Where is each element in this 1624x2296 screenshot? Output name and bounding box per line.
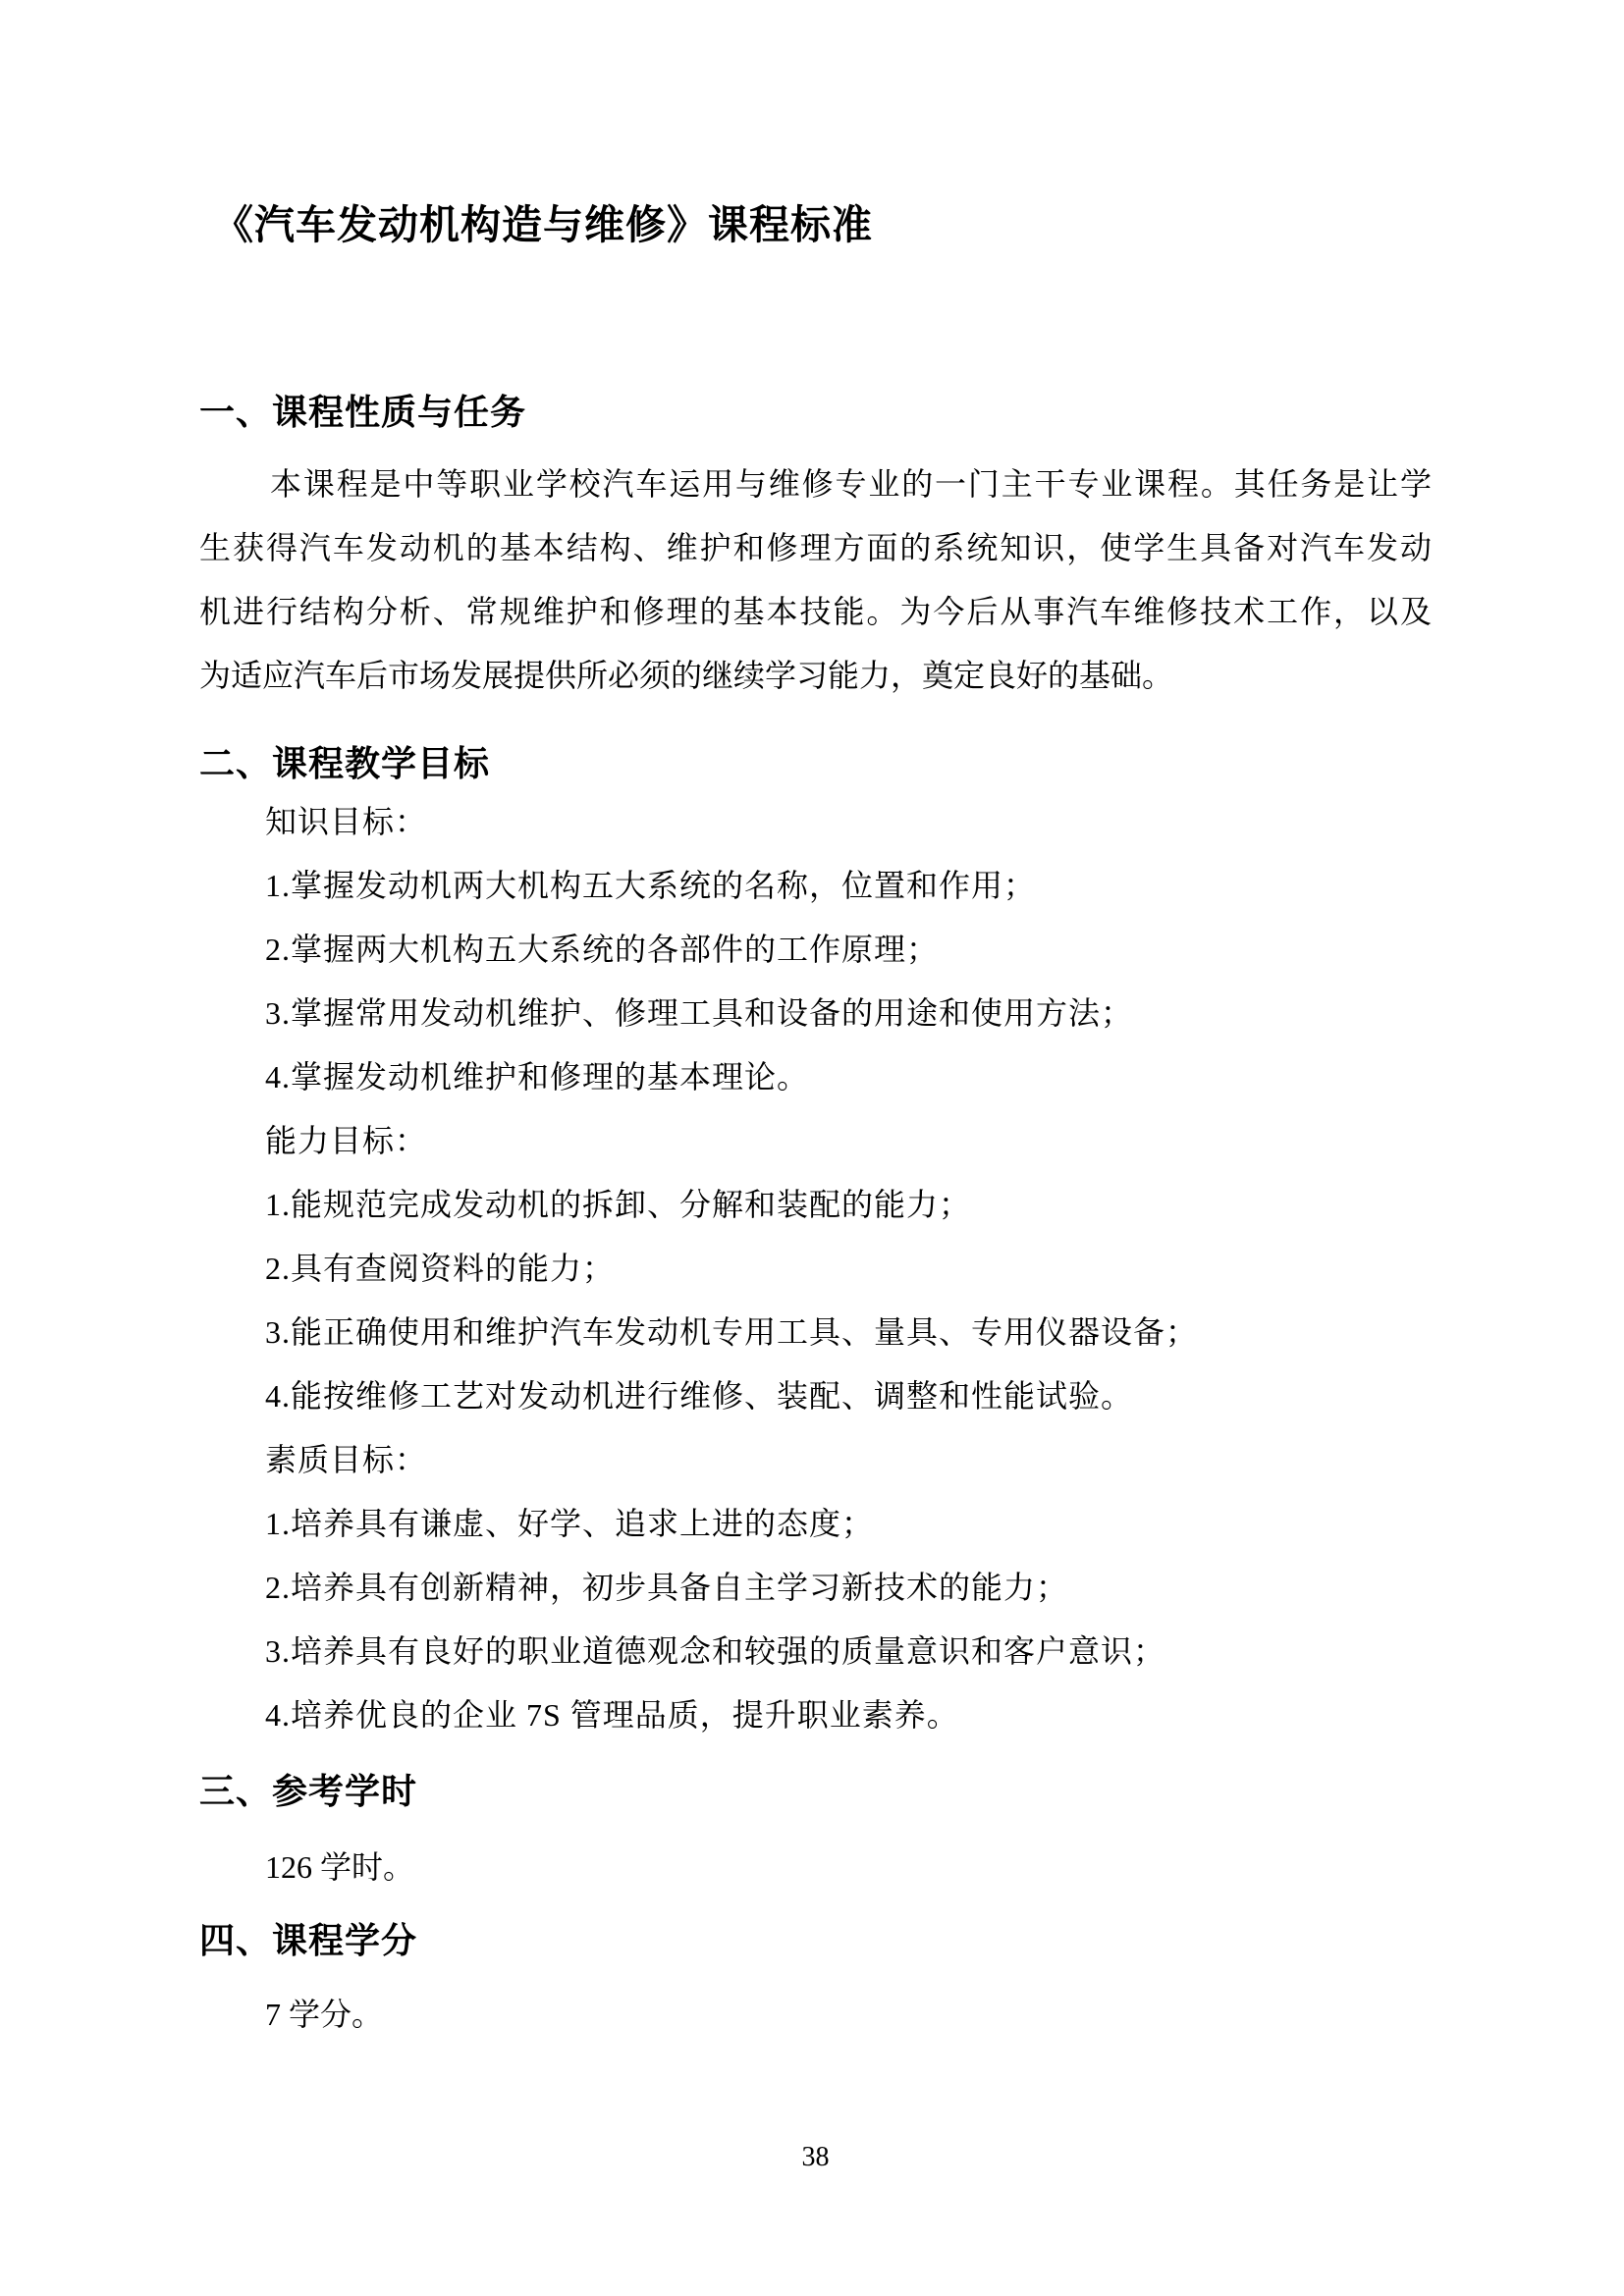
course-nature-paragraph: 本课程是中等职业学校汽车运用与维修专业的一门主干专业课程。其任务是让学 生获得汽…: [199, 453, 1432, 708]
goal-item: 3.掌握常用发动机维护、修理工具和设备的用途和使用方法；: [265, 982, 1432, 1045]
goal-item: 1.培养具有谦虚、好学、追求上进的态度；: [265, 1492, 1432, 1556]
paragraph-line: 为适应汽车后市场发展提供所必须的继续学习能力，奠定良好的基础。: [199, 644, 1432, 708]
section-heading-teaching-goals: 二、课程教学目标: [199, 741, 1432, 786]
goal-item: 3.培养具有良好的职业道德观念和较强的质量意识和客户意识；: [265, 1620, 1432, 1683]
page-content: 《汽车发动机构造与维修》课程标准 一、课程性质与任务 本课程是中等职业学校汽车运…: [0, 0, 1624, 2174]
document-page: 《汽车发动机构造与维修》课程标准 一、课程性质与任务 本课程是中等职业学校汽车运…: [0, 0, 1624, 2296]
goal-group-label-knowledge: 知识目标：: [265, 790, 1432, 854]
paragraph-line: 机进行结构分析、常规维护和修理的基本技能。为今后从事汽车维修技术工作，以及: [199, 580, 1432, 644]
goal-item: 1.掌握发动机两大机构五大系统的名称，位置和作用；: [265, 854, 1432, 918]
goal-item: 3.能正确使用和维护汽车发动机专用工具、量具、专用仪器设备；: [265, 1301, 1432, 1364]
goal-item: 4.能按维修工艺对发动机进行维修、装配、调整和性能试验。: [265, 1364, 1432, 1428]
goal-item: 2.具有查阅资料的能力；: [265, 1237, 1432, 1301]
section-heading-reference-hours: 三、参考学时: [199, 1769, 1432, 1814]
goal-item: 2.培养具有创新精神，初步具备自主学习新技术的能力；: [265, 1556, 1432, 1620]
paragraph-line: 生获得汽车发动机的基本结构、维护和修理方面的系统知识，使学生具备对汽车发动: [199, 516, 1432, 580]
goal-group-label-quality: 素质目标：: [265, 1428, 1432, 1492]
section-heading-course-nature: 一、课程性质与任务: [199, 390, 1432, 435]
section-heading-course-credits: 四、课程学分: [199, 1918, 1432, 1963]
teaching-goals-list: 知识目标： 1.掌握发动机两大机构五大系统的名称，位置和作用； 2.掌握两大机构…: [199, 790, 1432, 1747]
goal-item: 4.培养优良的企业 7S 管理品质，提升职业素养。: [265, 1683, 1432, 1747]
goal-item: 2.掌握两大机构五大系统的各部件的工作原理；: [265, 918, 1432, 982]
reference-hours-text: 126 学时。: [199, 1836, 1432, 1899]
goal-group-label-ability: 能力目标：: [265, 1109, 1432, 1173]
page-number: 38: [199, 2141, 1432, 2174]
goal-item: 1.能规范完成发动机的拆卸、分解和装配的能力；: [265, 1173, 1432, 1237]
paragraph-line: 本课程是中等职业学校汽车运用与维修专业的一门主干专业课程。其任务是让学: [199, 453, 1432, 516]
document-title: 《汽车发动机构造与维修》课程标准: [213, 201, 1432, 248]
course-credits-text: 7 学分。: [199, 1983, 1432, 2047]
goal-item: 4.掌握发动机维护和修理的基本理论。: [265, 1045, 1432, 1109]
